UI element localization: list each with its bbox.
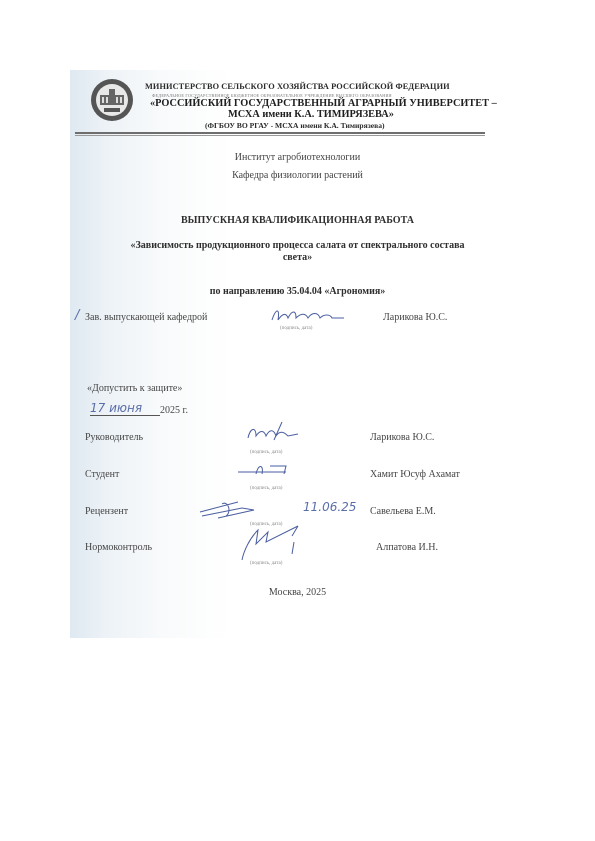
head-of-department-label: Зав. выпускающей кафедрой	[85, 312, 207, 323]
thesis-title-line1: «Зависимость продукционного процесса сал…	[0, 240, 595, 251]
header-divider-thin	[75, 135, 485, 136]
reviewer-name: Савельева Е.М.	[370, 506, 436, 517]
head-of-department-name: Ларикова Ю.С.	[383, 312, 447, 323]
supervisor-signature-icon	[244, 420, 304, 442]
supervisor-signature-caption: (подпись, дата)	[250, 450, 282, 455]
admit-label: «Допустить к защите»	[87, 383, 182, 394]
university-abbreviation: (ФГБОУ ВО РГАУ - МСХА имени К.А. Тимиряз…	[205, 121, 385, 130]
normcontrol-role: Нормоконтроль	[85, 542, 152, 553]
supervisor-role: Руководитель	[85, 432, 143, 443]
handwritten-signature-icon	[268, 306, 348, 324]
study-direction: по направлению 35.04.04 «Агрономия»	[0, 286, 595, 297]
student-signature-caption: (подпись, дата)	[250, 486, 282, 491]
margin-mark: /	[75, 308, 79, 323]
header-divider	[75, 132, 485, 134]
signature-caption: (подпись, дата)	[280, 326, 312, 331]
admit-year: 2025 г.	[160, 405, 188, 416]
university-name-line2: МСХА имени К.А. ТИМИРЯЗЕВА»	[228, 109, 394, 120]
normcontrol-signature-caption: (подпись, дата)	[250, 561, 282, 566]
student-signature-icon	[236, 460, 292, 478]
normcontrol-name: Алпатова И.Н.	[376, 542, 438, 553]
city-year: Москва, 2025	[0, 587, 595, 598]
department-name: Кафедра физиологии растений	[0, 170, 595, 181]
university-seal-icon	[90, 78, 134, 122]
admit-handwritten-date: 17 июня	[90, 401, 160, 416]
reviewer-handwritten-date: 11.06.25	[303, 500, 356, 514]
thesis-title-line2: света»	[0, 252, 595, 263]
normcontrol-signature-icon	[236, 522, 306, 562]
ministry-name: МИНИСТЕРСТВО СЕЛЬСКОГО ХОЗЯЙСТВА РОССИЙС…	[145, 82, 450, 91]
institute-name: Институт агробиотехнологии	[0, 152, 595, 163]
student-role: Студент	[85, 469, 119, 480]
reviewer-signature-icon	[198, 498, 258, 520]
university-name-line1: «РОССИЙСКИЙ ГОСУДАРСТВЕННЫЙ АГРАРНЫЙ УНИ…	[150, 98, 497, 109]
student-name: Хамит Юсуф Ахамат	[370, 469, 460, 480]
supervisor-name: Ларикова Ю.С.	[370, 432, 434, 443]
reviewer-role: Рецензент	[85, 506, 128, 517]
work-type: ВЫПУСКНАЯ КВАЛИФИКАЦИОННАЯ РАБОТА	[0, 215, 595, 226]
